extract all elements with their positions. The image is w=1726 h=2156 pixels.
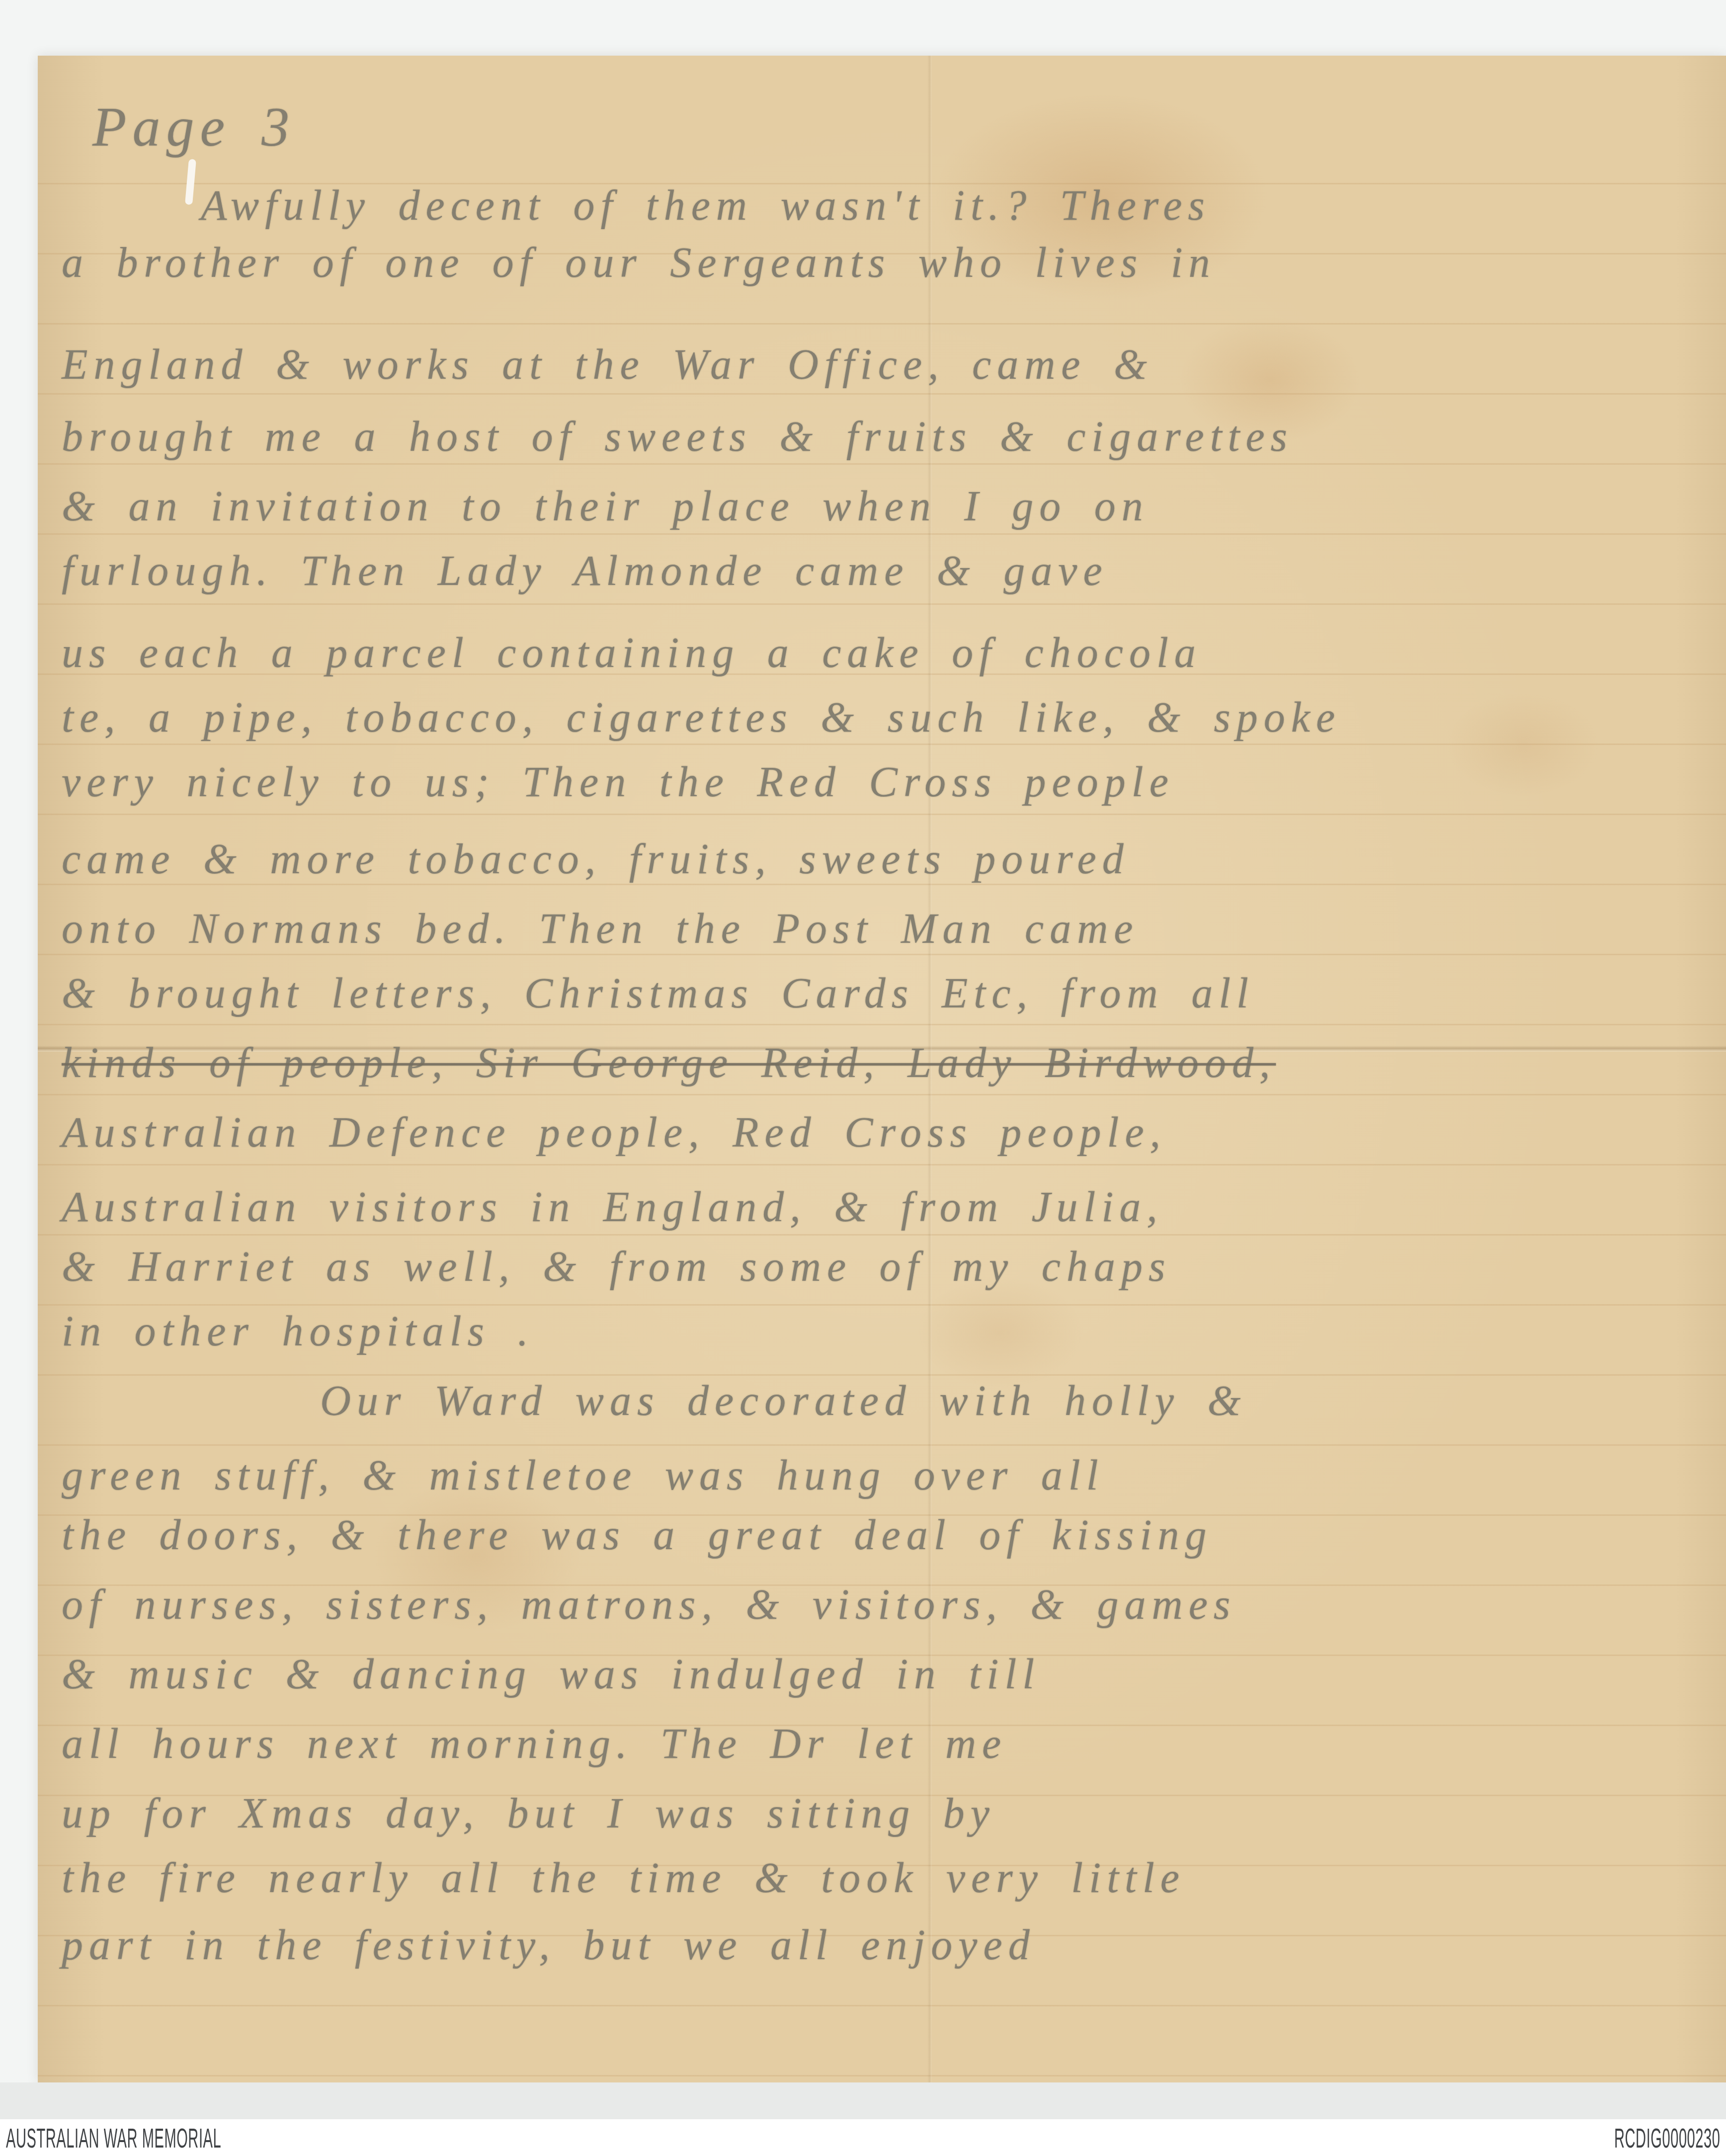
letter-line: & brought letters, Christmas Cards Etc, …: [62, 972, 1254, 1014]
letter-line: & an invitation to their place when I go…: [62, 485, 1149, 527]
letter-line: Australian Defence people, Red Cross peo…: [62, 1111, 1166, 1154]
letter-line: te, a pipe, tobacco, cigarettes & such l…: [62, 696, 1341, 739]
letter-line: in other hospitals .: [62, 1310, 534, 1352]
letter-line: came & more tobacco, fruits, sweets pour…: [62, 837, 1130, 880]
page-number-label: Page 3: [92, 99, 295, 155]
letter-line: a brother of one of our Sergeants who li…: [62, 241, 1216, 284]
white-correction-mark: [185, 159, 196, 205]
letter-paper: Page 3 Awfully decent of them wasn't it.…: [38, 56, 1726, 2082]
letter-line: Our Ward was decorated with holly &: [320, 1379, 1246, 1422]
letter-line: & Harriet as well, & from some of my cha…: [62, 1245, 1171, 1288]
ruled-lines: [38, 114, 1726, 2082]
footer-record-id: RCDIG0000230: [1614, 2122, 1720, 2154]
letter-line: us each a parcel containing a cake of ch…: [62, 631, 1202, 674]
letter-line: furlough. Then Lady Almonde came & gave: [62, 549, 1108, 592]
letter-line: Awfully decent of them wasn't it.? There…: [201, 184, 1211, 227]
scanned-letter-page: Page 3 Awfully decent of them wasn't it.…: [0, 0, 1726, 2156]
letter-line: brought me a host of sweets & fruits & c…: [62, 415, 1293, 458]
letter-line: of nurses, sisters, matrons, & visitors,…: [62, 1583, 1236, 1626]
letter-line: England & works at the War Office, came …: [62, 343, 1153, 386]
letter-line: green stuff, & mistletoe was hung over a…: [62, 1454, 1104, 1496]
letter-line: up for Xmas day, but I was sitting by: [62, 1792, 995, 1834]
footer-institution-label: AUSTRALIAN WAR MEMORIAL: [6, 2122, 221, 2154]
letter-line: part in the festivity, but we all enjoye…: [62, 1923, 1036, 1966]
letter-line: very nicely to us; Then the Red Cross pe…: [62, 760, 1174, 803]
letter-line: all hours next morning. The Dr let me: [62, 1722, 1007, 1765]
letter-line: onto Normans bed. Then the Post Man came: [62, 907, 1139, 950]
scanner-background-band: [0, 2082, 1726, 2119]
footer-bar: AUSTRALIAN WAR MEMORIAL RCDIG0000230: [0, 2119, 1726, 2156]
letter-line: kinds of people, Sir George Reid, Lady B…: [62, 1041, 1276, 1084]
letter-line: the fire nearly all the time & took very…: [62, 1856, 1185, 1899]
letter-line: the doors, & there was a great deal of k…: [62, 1513, 1212, 1556]
letter-line: & music & dancing was indulged in till: [62, 1653, 1040, 1695]
letter-line: Australian visitors in England, & from J…: [62, 1185, 1163, 1228]
